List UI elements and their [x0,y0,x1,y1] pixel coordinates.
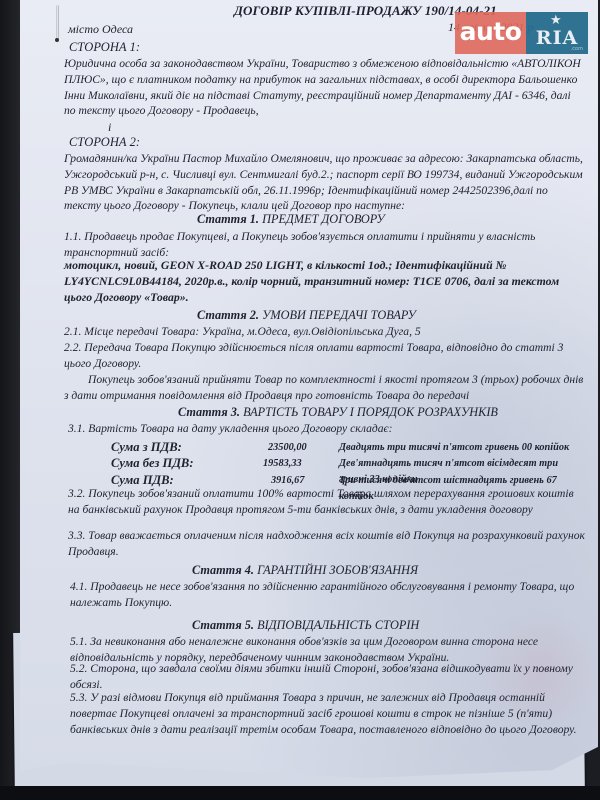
autoria-watermark-logo: auto ★ RIA .com [455,12,588,54]
article-2-heading: Стаття 2. УМОВИ ПЕРЕДАЧІ ТОВАРУ [197,308,416,324]
contract-city: місто Одеса [68,22,133,38]
article-3-heading: Стаття 3. ВАРТІСТЬ ТОВАРУ І ПОРЯДОК РОЗР… [178,405,498,421]
clause-2-2-acceptance: Покупець зобов'язаний прийняти Товар по … [64,372,584,404]
clause-5-3: 5.3. У разі відмови Покупця від прийманн… [70,690,594,737]
clause-2-2: 2.2. Передача Товара Покупцю здійснюєтьс… [64,340,584,372]
clause-3-3: 3.3. Товар вважається оплаченим після на… [68,528,588,560]
party1-text: Юридична особа за законодавством України… [64,56,584,119]
sum-label: Сума без ПДВ: [111,456,194,472]
clause-4-1: 4.1. Продавець не несе зобов'язання по з… [70,579,590,611]
article-title: ВІДПОВІДАЛЬНІСТЬ СТОРІН [257,618,419,632]
logo-auto-text: auto [455,12,526,54]
article-title: ВАРТІСТЬ ТОВАРУ І ПОРЯДОК РОЗРАХУНКІВ [243,405,498,419]
dark-background-bottom [0,786,600,800]
article-title: УМОВИ ПЕРЕДАЧІ ТОВАРУ [262,308,416,322]
star-icon: ★ [550,12,562,28]
article-label: Стаття 3. [178,405,240,419]
clause-2-1: 2.1. Місце передачі Товара: Україна, м.О… [64,324,584,340]
clause-1-1: 1.1. Продавець продає Покупцеві, а Покуп… [64,229,584,261]
article-label: Стаття 2. [197,308,259,322]
clause-3-2: 3.2. Покупець зобов'язаний оплатити 100%… [68,486,588,518]
staple-hole-icon [55,38,59,42]
conjunction: і [108,120,111,136]
logo-ria-block: ★ RIA .com [526,12,588,54]
article-4-heading: Стаття 4. ГАРАНТІЙНІ ЗОБОВ'ЯЗАННЯ [192,563,418,579]
clause-3-1: 3.1. Вартість Товара на дату укладення ц… [68,421,588,437]
article-label: Стаття 1. [197,212,259,226]
sum-value: 19583,33 [263,456,302,472]
article-5-heading: Стаття 5. ВІДПОВІДАЛЬНІСТЬ СТОРІН [192,618,419,634]
sum-value: 23500,00 [268,440,307,456]
party1-heading: СТОРОНА 1: [69,40,140,56]
article-title: ГАРАНТІЙНІ ЗОБОВ'ЯЗАННЯ [257,563,418,577]
article-1-heading: Стаття 1. ПРЕДМЕТ ДОГОВОРУ [197,212,385,228]
sum-label: Сума з ПДВ: [111,440,182,456]
party2-heading: СТОРОНА 2: [69,135,140,151]
sum-with-vat-row: Сума з ПДВ: 23500,00 Двадцять три тисячі… [111,440,581,456]
logo-com-text: .com [571,46,583,52]
staple-icon [56,5,59,41]
sum-without-vat-row: Сума без ПДВ: 19583,33 Дев'ятнадцять тис… [111,456,581,472]
article-title: ПРЕДМЕТ ДОГОВОРУ [262,212,385,226]
clause-5-2: 5.2. Сторона, що завдала своїми діями зб… [70,661,590,693]
article-label: Стаття 5. [192,618,254,632]
article-label: Стаття 4. [192,563,254,577]
party2-text: Громадянин/ка України Пастор Михайло Оме… [64,151,584,214]
vehicle-description: мотоцикл, новий, GEON X-ROAD 250 LIGHT, … [64,258,584,305]
sum-words: Двадцять три тисячі п'ятсот гривень 00 к… [339,440,569,456]
